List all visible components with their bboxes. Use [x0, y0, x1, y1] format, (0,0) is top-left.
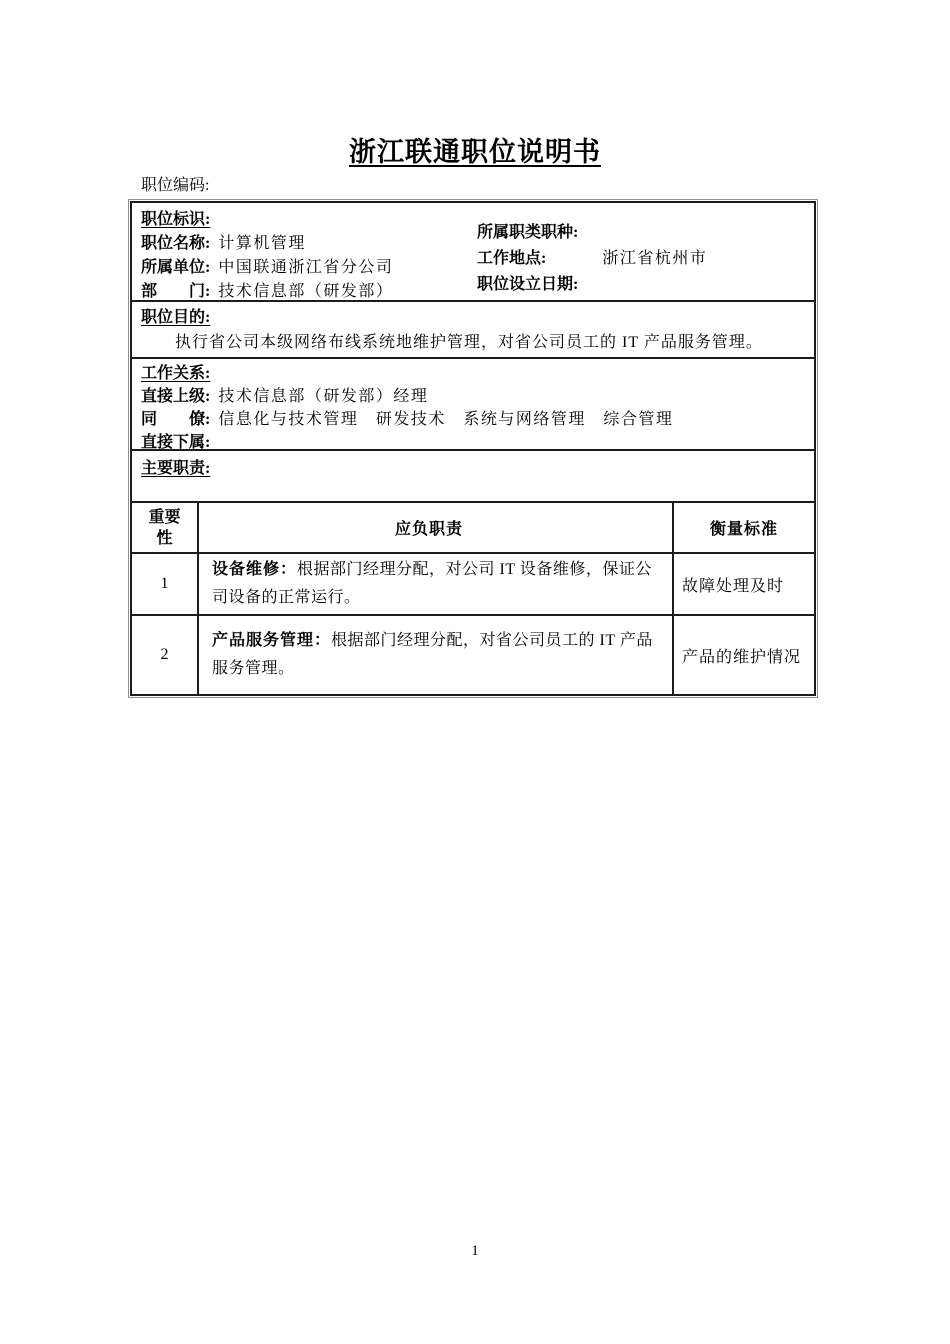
section-purpose: 职位目的: 执行省公司本级网络布线系统地维护管理，对省公司员工的 IT 产品服务…	[132, 300, 814, 357]
field-establish-date: 职位设立日期:	[477, 272, 707, 298]
position-description-table-inner: 职位标识: 职位名称:计算机管理 所属单位:中国联通浙江省分公司 部 门:技术信…	[130, 201, 816, 696]
duty-1-measure: 故障处理及时	[672, 554, 814, 614]
field-work-location-label: 工作地点:	[477, 250, 546, 267]
section-label-purpose: 职位目的:	[141, 306, 210, 330]
duty-2-measure: 产品的维护情况	[672, 616, 814, 694]
duty-2-title: 产品服务管理：	[212, 632, 331, 649]
duty-row-1: 1 设备维修：根据部门经理分配，对公司 IT 设备维修，保证公司设备的正常运行。…	[132, 552, 814, 614]
field-establish-date-label: 职位设立日期:	[477, 276, 578, 293]
duty-1-description: 设备维修：根据部门经理分配，对公司 IT 设备维修，保证公司设备的正常运行。	[197, 554, 672, 614]
field-department-value: 技术信息部（研发部）	[218, 283, 393, 300]
section-position-id: 职位标识: 职位名称:计算机管理 所属单位:中国联通浙江省分公司 部 门:技术信…	[132, 203, 814, 300]
field-direct-subordinates-label: 直接下属:	[141, 434, 210, 451]
section-duties: 主要职责:	[132, 449, 814, 501]
document-title: 浙江联通职位说明书	[0, 130, 950, 169]
field-peers-label: 同 僚:	[141, 411, 210, 428]
position-id-right-column: 所属职类职种: 工作地点:浙江省杭州市 职位设立日期:	[477, 220, 707, 298]
section-label-duties: 主要职责:	[141, 455, 805, 478]
field-peers: 同 僚:信息化与技术管理 研发技术 系统与网络管理 综合管理	[141, 408, 805, 431]
field-job-category: 所属职类职种:	[477, 220, 707, 246]
field-work-location-value: 浙江省杭州市	[602, 250, 707, 267]
purpose-text: 执行省公司本级网络布线系统地维护管理，对省公司员工的 IT 产品服务管理。	[141, 330, 805, 356]
duty-2-importance: 2	[132, 616, 197, 694]
field-work-location: 工作地点:浙江省杭州市	[477, 246, 707, 272]
field-direct-superior-label: 直接上级:	[141, 388, 210, 405]
position-description-table: 职位标识: 职位名称:计算机管理 所属单位:中国联通浙江省分公司 部 门:技术信…	[128, 199, 818, 698]
field-unit-value: 中国联通浙江省分公司	[218, 259, 393, 276]
page-number: 1	[0, 1243, 950, 1260]
duty-1-importance: 1	[132, 554, 197, 614]
header-importance: 重要 性	[132, 503, 197, 552]
duty-1-title: 设备维修：	[212, 561, 297, 578]
position-code-label: 职位编码:	[141, 176, 209, 196]
duties-header-row: 重要 性 应负职责 衡量标准	[132, 501, 814, 552]
section-label-relations: 工作关系:	[141, 362, 805, 385]
duty-2-description: 产品服务管理：根据部门经理分配，对省公司员工的 IT 产品服务管理。	[197, 616, 672, 694]
field-department-label: 部 门:	[141, 283, 210, 300]
field-position-name-value: 计算机管理	[218, 235, 306, 252]
duty-row-2: 2 产品服务管理：根据部门经理分配，对省公司员工的 IT 产品服务管理。 产品的…	[132, 614, 814, 694]
field-peers-value: 信息化与技术管理 研发技术 系统与网络管理 综合管理	[218, 411, 673, 428]
field-direct-superior: 直接上级:技术信息部（研发部）经理	[141, 385, 805, 408]
section-relations: 工作关系: 直接上级:技术信息部（研发部）经理 同 僚:信息化与技术管理 研发技…	[132, 357, 814, 449]
field-job-category-label: 所属职类职种:	[477, 224, 578, 241]
field-direct-superior-value: 技术信息部（研发部）经理	[218, 388, 428, 405]
duties-table: 重要 性 应负职责 衡量标准 1 设备维修：根据部门经理分配，对公司 IT 设备…	[132, 501, 814, 694]
header-duty: 应负职责	[197, 503, 672, 552]
field-position-name-label: 职位名称:	[141, 235, 210, 252]
document-page: 浙江联通职位说明书 职位编码: 职位标识: 职位名称:计算机管理 所属单位:中国…	[0, 0, 950, 1344]
field-unit-label: 所属单位:	[141, 259, 210, 276]
header-measure: 衡量标准	[672, 503, 814, 552]
